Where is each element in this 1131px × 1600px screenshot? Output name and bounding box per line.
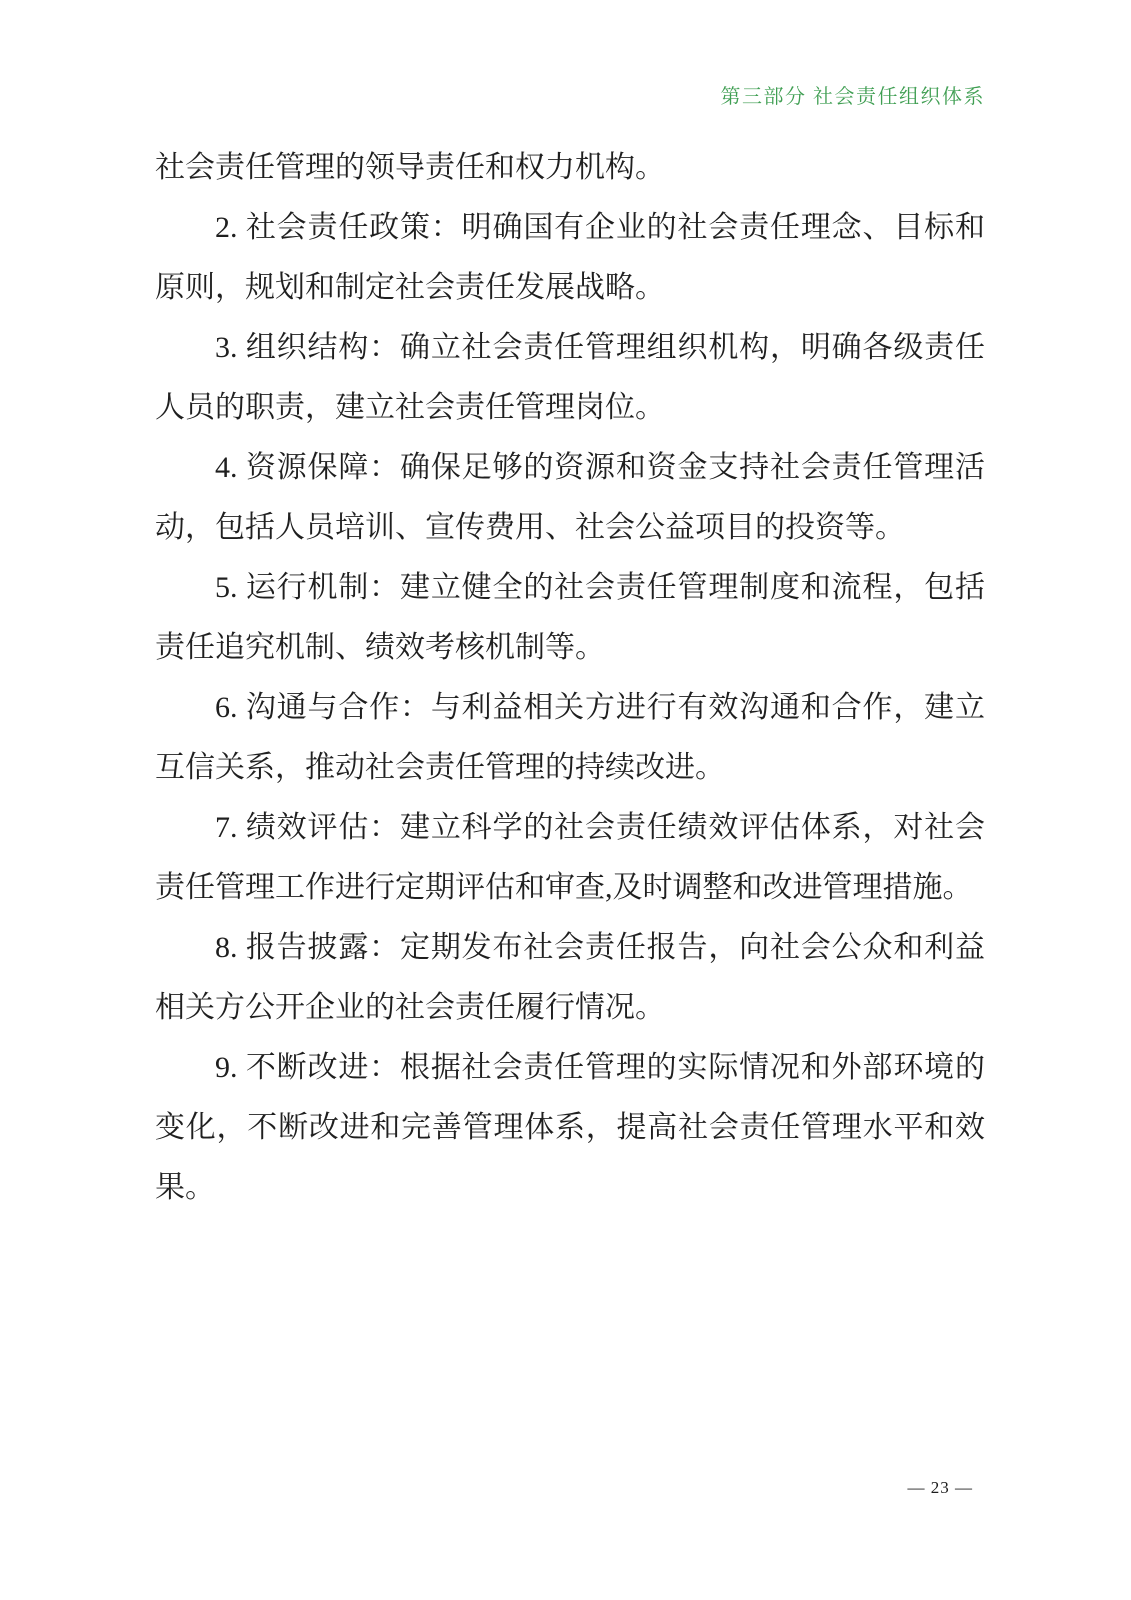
list-item-9: 9. 不断改进：根据社会责任管理的实际情况和外部环境的变化，不断改进和完善管理体… xyxy=(155,1038,985,1218)
list-item-7: 7. 绩效评估：建立科学的社会责任绩效评估体系，对社会责任管理工作进行定期评估和… xyxy=(155,798,985,918)
document-body: 社会责任管理的领导责任和权力机构。 2. 社会责任政策：明确国有企业的社会责任理… xyxy=(155,138,985,1218)
list-item-6: 6. 沟通与合作：与利益相关方进行有效沟通和合作，建立互信关系，推动社会责任管理… xyxy=(155,678,985,798)
paragraph-continuation: 社会责任管理的领导责任和权力机构。 xyxy=(155,138,985,198)
page-footer: — 23 — xyxy=(908,1478,974,1498)
list-item-5: 5. 运行机制：建立健全的社会责任管理制度和流程，包括责任追究机制、绩效考核机制… xyxy=(155,558,985,678)
header-section-title: 第三部分 社会责任组织体系 xyxy=(721,86,986,108)
list-item-3: 3. 组织结构：确立社会责任管理组织机构，明确各级责任人员的职责，建立社会责任管… xyxy=(155,318,985,438)
list-item-2: 2. 社会责任政策：明确国有企业的社会责任理念、目标和原则，规划和制定社会责任发… xyxy=(155,198,985,318)
list-item-4: 4. 资源保障：确保足够的资源和资金支持社会责任管理活动，包括人员培训、宣传费用… xyxy=(155,438,985,558)
list-item-8: 8. 报告披露：定期发布社会责任报告，向社会公众和利益相关方公开企业的社会责任履… xyxy=(155,918,985,1038)
page-number: — 23 — xyxy=(908,1478,974,1497)
page-header: 第三部分 社会责任组织体系 xyxy=(721,80,986,109)
document-page: 第三部分 社会责任组织体系 社会责任管理的领导责任和权力机构。 2. 社会责任政… xyxy=(0,0,1131,1600)
